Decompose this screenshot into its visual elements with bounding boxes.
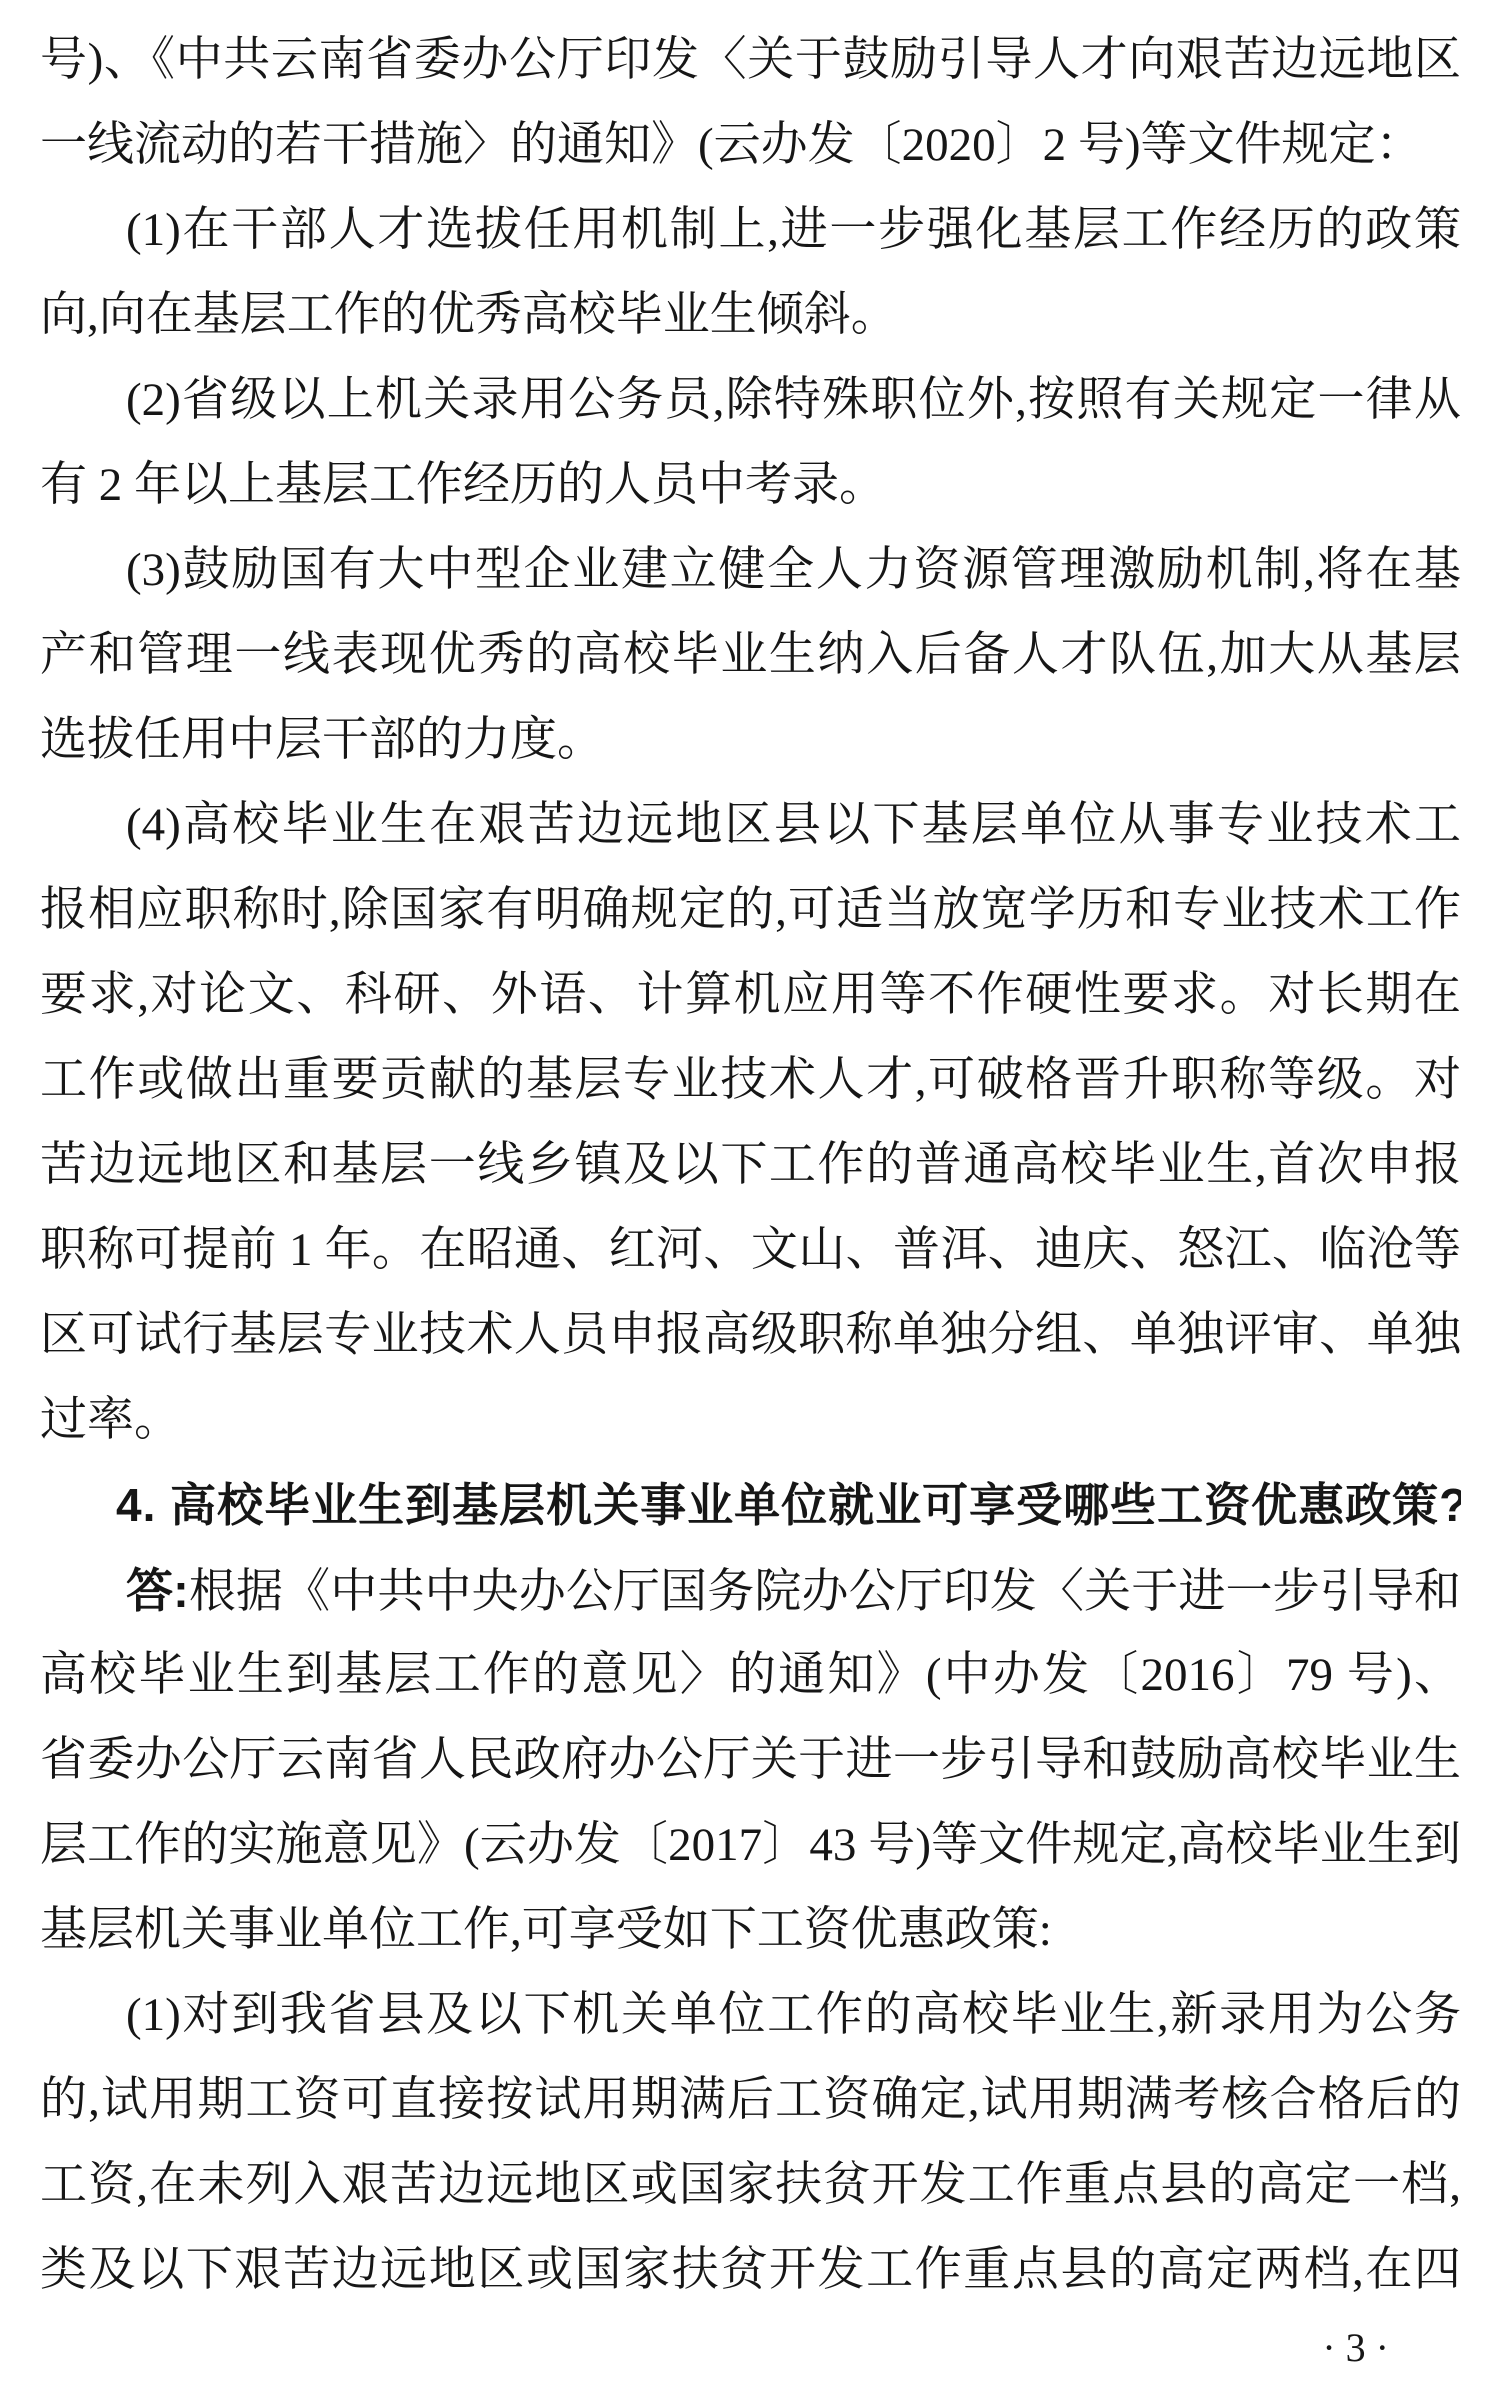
- paragraph-line: 一线流动的若干措施〉的通知》(云办发〔2020〕2 号)等文件规定：: [40, 103, 1461, 188]
- paragraph-line: 答:根据《中共中央办公厅国务院办公厅印发〈关于进一步引导和鼓励: [40, 1548, 1461, 1633]
- paragraph-line: 有 2 年以上基层工作经历的人员中考录。: [40, 443, 1461, 528]
- paragraph-line: 号)、《中共云南省委办公厅印发〈关于鼓励引导人才向艰苦边远地区和基层: [40, 18, 1461, 103]
- paragraph-line: 产和管理一线表现优秀的高校毕业生纳入后备人才队伍,加大从基层一线: [40, 613, 1461, 698]
- paragraph-line: 层工作的实施意见》(云办发〔2017〕43 号)等文件规定,高校毕业生到我省: [40, 1803, 1461, 1888]
- paragraph-line: (1)对到我省县及以下机关单位工作的高校毕业生,新录用为公务员: [40, 1973, 1461, 2058]
- paragraph-line: 工作或做出重要贡献的基层专业技术人才,可破格晋升职称等级。对到艰: [40, 1038, 1461, 1123]
- section-heading-question-4: 4. 高校毕业生到基层机关事业单位就业可享受哪些工资优惠政策?: [40, 1463, 1461, 1548]
- paragraph-line: 基层机关事业单位工作,可享受如下工资优惠政策:: [40, 1888, 1461, 1973]
- paragraph-line: 要求,对论文、科研、外语、计算机应用等不作硬性要求。对长期在基层一线: [40, 953, 1461, 1038]
- answer-text: 根据《中共中央办公厅国务院办公厅印发〈关于进一步引导和鼓励: [40, 1566, 1461, 1633]
- paragraph-line: (1)在干部人才选拔任用机制上,进一步强化基层工作经历的政策导: [40, 188, 1461, 273]
- document-page: 号)、《中共云南省委办公厅印发〈关于鼓励引导人才向艰苦边远地区和基层 一线流动的…: [0, 0, 1499, 2395]
- paragraph-line: 省委办公厅云南省人民政府办公厅关于进一步引导和鼓励高校毕业生到基: [40, 1718, 1461, 1803]
- paragraph-line: (2)省级以上机关录用公务员,除特殊职位外,按照有关规定一律从具: [40, 358, 1461, 443]
- paragraph-line: 高校毕业生到基层工作的意见〉的通知》(中办发〔2016〕79 号)、《中共云南: [40, 1633, 1461, 1718]
- paragraph-line: (3)鼓励国有大中型企业建立健全人力资源管理激励机制,将在基层生: [40, 528, 1461, 613]
- paragraph-line: (4)高校毕业生在艰苦边远地区县以下基层单位从事专业技术工作,申: [40, 783, 1461, 868]
- answer-label: 答:: [126, 1564, 189, 1617]
- paragraph-line: 报相应职称时,除国家有明确规定的,可适当放宽学历和专业技术工作年限: [40, 868, 1461, 953]
- paragraph-line: 职称可提前 1 年。在昭通、红河、文山、普洱、迪庆、怒江、临沧等有条件的地: [40, 1208, 1461, 1293]
- paragraph-line: 过率。: [40, 1378, 1461, 1463]
- page-number: · 3 ·: [40, 2313, 1461, 2383]
- paragraph-line: 的,试用期工资可直接按试用期满后工资确定,试用期满考核合格后的级别: [40, 2058, 1461, 2143]
- paragraph-line: 区可试行基层专业技术人员申报高级职称单独分组、单独评审、单独确定通: [40, 1293, 1461, 1378]
- paragraph-line: 向,向在基层工作的优秀高校毕业生倾斜。: [40, 273, 1461, 358]
- paragraph-line: 选拔任用中层干部的力度。: [40, 698, 1461, 783]
- paragraph-line: 类及以下艰苦边远地区或国家扶贫开发工作重点县的高定两档,在四类及: [40, 2228, 1461, 2313]
- paragraph-line: 苦边远地区和基层一线乡镇及以下工作的普通高校毕业生,首次申报评审: [40, 1123, 1461, 1208]
- paragraph-line: 工资,在未列入艰苦边远地区或国家扶贫开发工作重点县的高定一档,在三: [40, 2143, 1461, 2228]
